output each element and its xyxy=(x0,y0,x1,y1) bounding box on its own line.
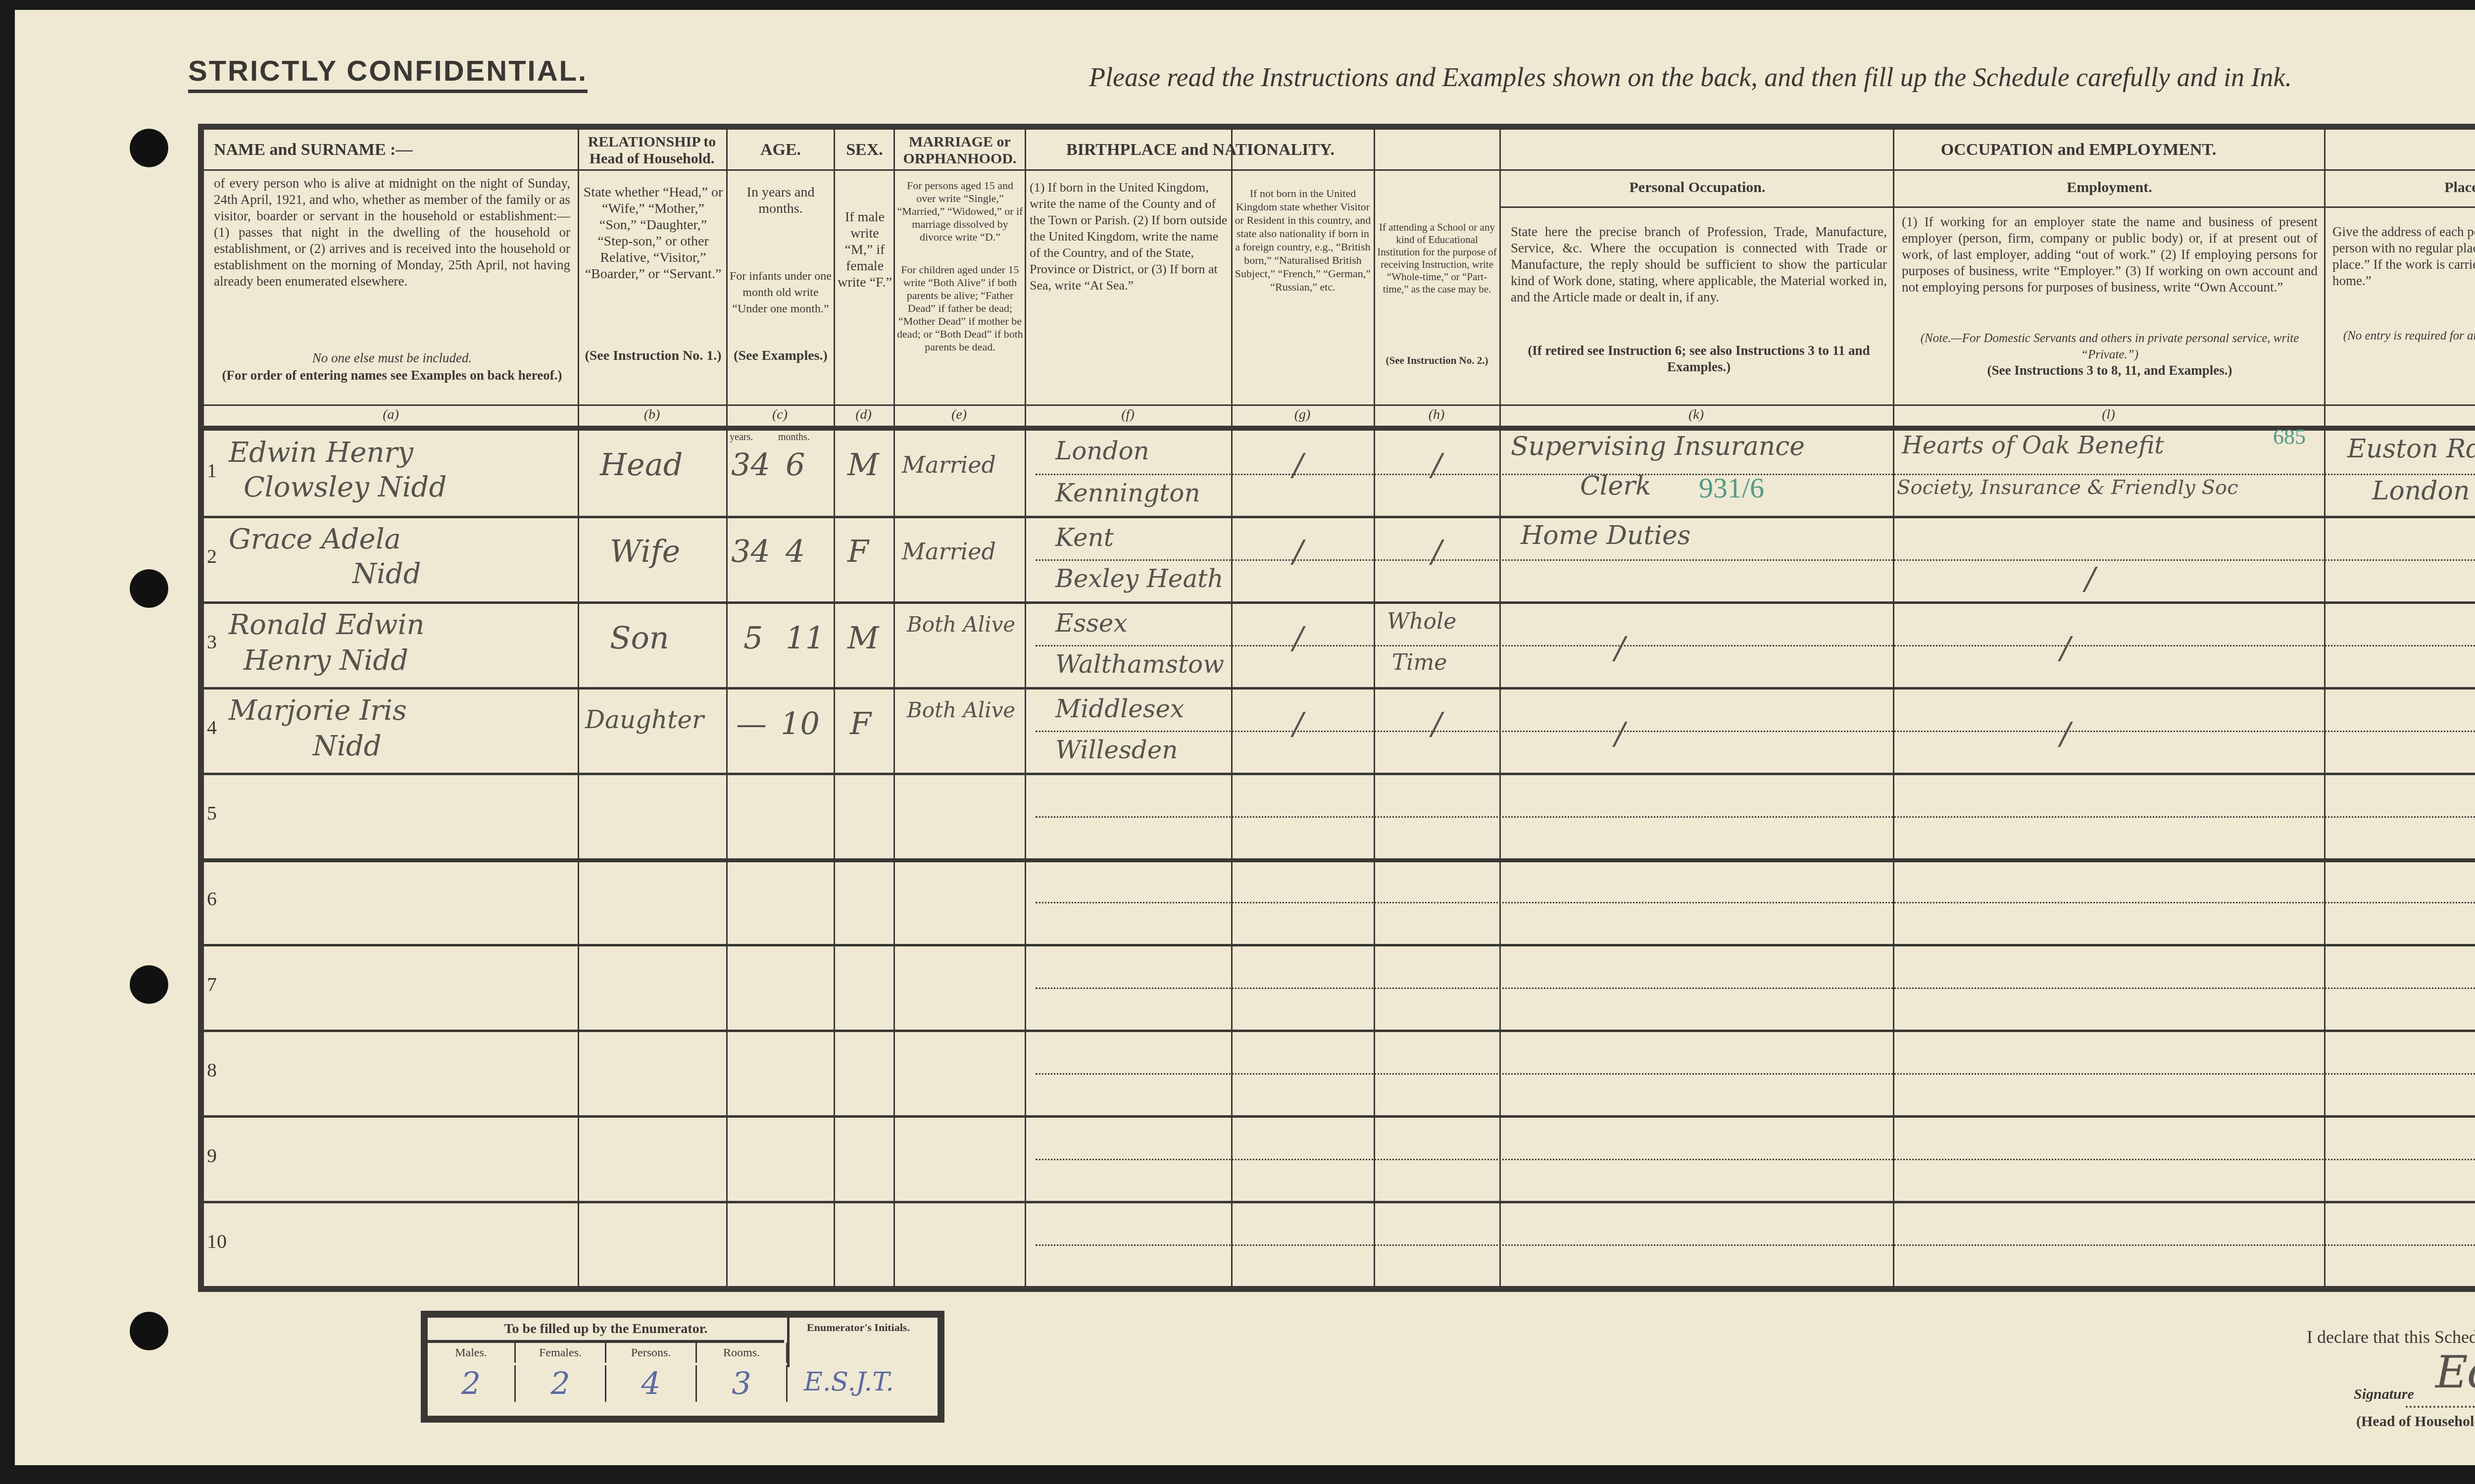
person-name[interactable]: Edwin Henry xyxy=(229,437,413,469)
person-surname[interactable]: Nidd xyxy=(352,558,421,590)
col-letter: (c) xyxy=(726,407,834,423)
age-years-value[interactable]: — xyxy=(736,705,767,742)
col-letter: (m) xyxy=(2324,407,2475,423)
col-letter: (d) xyxy=(834,407,893,423)
header-marriage: MARRIAGE or ORPHANHOOD. xyxy=(896,134,1024,167)
name-note: No one else must be included. xyxy=(214,350,570,366)
males-label: Males. xyxy=(428,1343,516,1363)
occupation-value[interactable]: / xyxy=(1615,715,1625,751)
rooms-label: Rooms. xyxy=(697,1343,788,1363)
header-employment: Employment. xyxy=(1895,179,2324,196)
age-infant-note: For infants under one month old write “U… xyxy=(730,268,832,317)
row-rule xyxy=(204,687,2475,690)
nationality-value[interactable]: / xyxy=(1293,705,1303,742)
age-years-value[interactable]: 34 xyxy=(731,533,770,569)
birthplace-county[interactable]: Middlesex xyxy=(1055,694,1184,723)
half-row-rule xyxy=(1036,645,2475,646)
rule xyxy=(204,404,2475,406)
col-letter: (a) xyxy=(204,407,578,423)
relationship-value[interactable]: Head xyxy=(600,446,683,483)
col-divider xyxy=(2324,130,2326,1286)
occupation-instructions: State here the precise branch of Profess… xyxy=(1511,224,1887,305)
signature-note: (Head of Household, Manager of Establish… xyxy=(2356,1413,2475,1430)
marriage-value[interactable]: Both Alive xyxy=(907,612,1016,637)
employer-value[interactable]: / xyxy=(2085,560,2095,596)
occupation-footer: (If retired see Instruction 6; see also … xyxy=(1511,343,1887,375)
col-letter: (l) xyxy=(1893,407,2324,423)
col-letter: (k) xyxy=(1499,407,1893,423)
half-row-rule xyxy=(1036,816,2475,818)
school-value[interactable]: / xyxy=(1432,533,1442,569)
employer-code: 685 xyxy=(2273,424,2306,449)
col-divider xyxy=(726,130,728,1286)
half-row-rule xyxy=(1036,731,2475,732)
row-rule xyxy=(204,1201,2475,1203)
persons-label: Persons. xyxy=(606,1343,697,1363)
age-years-value[interactable]: 34 xyxy=(731,446,770,483)
birthplace-town[interactable]: Walthamstow xyxy=(1055,650,1224,679)
enumerator-box-header: To be filled up by the Enumerator. xyxy=(428,1318,784,1343)
age-months-value[interactable]: 4 xyxy=(786,533,805,569)
occupation-value[interactable]: Supervising Insurance xyxy=(1511,432,1805,461)
page-title: STRICTLY CONFIDENTIAL. xyxy=(188,54,588,93)
col-divider xyxy=(1231,130,1233,1286)
enumerator-summary-box: To be filled up by the Enumerator. Enume… xyxy=(421,1311,944,1423)
col-divider xyxy=(578,130,579,1286)
rooms-count[interactable]: 3 xyxy=(697,1365,788,1402)
half-row-rule xyxy=(1036,1159,2475,1160)
nationality-instructions: If not born in the United Kingdom state … xyxy=(1234,187,1372,294)
employment-instructions: (1) If working for an employer state the… xyxy=(1902,214,2318,296)
age-months-value[interactable]: 10 xyxy=(781,705,820,742)
place-note: (No entry is required for any person who… xyxy=(2332,328,2475,360)
punch-hole xyxy=(130,129,168,167)
row-number: 9 xyxy=(207,1144,217,1167)
employment-footer: (See Instructions 3 to 8, 11, and Exampl… xyxy=(1902,362,2318,379)
person-surname[interactable]: Clowsley Nidd xyxy=(244,471,446,503)
census-form-table: NAME and SURNAME :— RELATIONSHIP to Head… xyxy=(198,124,2475,1292)
marriage-value[interactable]: Both Alive xyxy=(907,698,1016,722)
rule xyxy=(204,426,2475,431)
half-row-rule xyxy=(1036,902,2475,903)
rule xyxy=(204,169,2475,171)
age-years-subheader: years. xyxy=(730,432,753,443)
person-name[interactable]: Grace Adela xyxy=(229,523,401,555)
birthplace-town[interactable]: Bexley Heath xyxy=(1055,564,1224,593)
col-divider xyxy=(1893,130,1894,1286)
name-instructions: of every person who is alive at midnight… xyxy=(214,175,570,290)
employer-value[interactable]: / xyxy=(2060,630,2071,666)
sex-instructions: If male write “M,” if female write “F.” xyxy=(838,209,892,291)
birthplace-county[interactable]: London xyxy=(1055,437,1149,465)
school-value-2[interactable]: Time xyxy=(1392,650,1447,675)
col-letter: (f) xyxy=(1025,407,1231,423)
header-relationship: RELATIONSHIP to Head of Household. xyxy=(580,134,724,167)
person-surname[interactable]: Nidd xyxy=(313,730,382,762)
employer-value-2[interactable]: Society, Insurance & Friendly Soc xyxy=(1897,476,2238,499)
school-value[interactable]: / xyxy=(1432,705,1442,742)
sex-value[interactable]: M xyxy=(847,446,879,483)
age-months-subheader: months. xyxy=(778,432,810,443)
row-number: 3 xyxy=(207,630,217,653)
half-row-rule xyxy=(1036,988,2475,989)
col-divider xyxy=(893,130,895,1286)
birthplace-instructions: (1) If born in the United Kingdom, write… xyxy=(1030,179,1228,294)
occupation-value[interactable]: Home Duties xyxy=(1521,521,1690,550)
sex-value[interactable]: M xyxy=(847,620,879,656)
header-personal-occupation: Personal Occupation. xyxy=(1502,179,1893,196)
declaration-text: I declare that this Schedule is correctl… xyxy=(2307,1327,2475,1347)
col-letter: (e) xyxy=(893,407,1025,423)
row-number: 8 xyxy=(207,1058,217,1082)
occupation-value[interactable]: / xyxy=(1615,630,1625,666)
age-instructions: In years and months. xyxy=(730,184,832,217)
employment-note: (Note.—For Domestic Servants and others … xyxy=(1902,330,2318,363)
person-name[interactable]: Marjorie Iris xyxy=(229,694,407,727)
nationality-value[interactable]: / xyxy=(1293,620,1303,656)
relationship-value[interactable]: Son xyxy=(610,620,669,656)
row-rule xyxy=(204,1115,2475,1118)
occupation-value-2[interactable]: Clerk xyxy=(1580,471,1651,501)
person-name[interactable]: Ronald Edwin xyxy=(229,609,425,641)
row-number: 4 xyxy=(207,716,217,739)
age-months-value[interactable]: 11 xyxy=(786,620,825,656)
col-letter: (h) xyxy=(1374,407,1499,423)
relationship-value[interactable]: Wife xyxy=(610,533,680,569)
col-letter: (b) xyxy=(578,407,726,423)
half-row-rule xyxy=(1036,1244,2475,1246)
school-instructions: If attending a School or any kind of Edu… xyxy=(1376,221,1498,296)
col-divider xyxy=(1025,130,1026,1286)
place-instructions: Give the address of each person's place … xyxy=(2332,224,2475,289)
birthplace-county[interactable]: Kent xyxy=(1055,523,1114,552)
row-rule xyxy=(204,1030,2475,1032)
birthplace-town[interactable]: Willesden xyxy=(1055,736,1178,764)
employer-value[interactable]: Hearts of Oak Benefit xyxy=(1902,432,2164,459)
row-number: 7 xyxy=(207,973,217,996)
enumerator-initials-label: Enumerator's Initials. xyxy=(787,1318,927,1367)
row-number: 2 xyxy=(207,544,217,568)
row-rule xyxy=(204,858,2475,862)
header-occupation: OCCUPATION and EMPLOYMENT. xyxy=(1502,141,2475,159)
relationship-value[interactable]: Daughter xyxy=(585,705,704,734)
age-years-value[interactable]: 5 xyxy=(743,620,763,656)
signature-label: Signature xyxy=(2354,1386,2414,1403)
header-age: AGE. xyxy=(729,141,833,159)
age-months-value[interactable]: 6 xyxy=(786,446,805,483)
person-surname[interactable]: Henry Nidd xyxy=(244,644,408,677)
row-number: 1 xyxy=(207,459,217,482)
punch-hole xyxy=(130,1312,168,1350)
males-count[interactable]: 2 xyxy=(428,1365,516,1402)
birthplace-county[interactable]: Essex xyxy=(1055,609,1128,638)
age-footer: (See Examples.) xyxy=(730,347,832,364)
school-value[interactable]: Whole xyxy=(1387,609,1456,634)
relationship-instructions: State whether “Head,” or “Wife,” “Mother… xyxy=(583,184,724,282)
occupation-code: 931/6 xyxy=(1699,471,1764,504)
employer-value[interactable]: / xyxy=(2060,715,2071,751)
row-rule xyxy=(204,601,2475,604)
col-letter: (g) xyxy=(1231,407,1374,423)
females-label: Females. xyxy=(516,1343,606,1363)
signature-value[interactable]: Edwin H C Nidd xyxy=(2435,1346,2475,1398)
nationality-value[interactable]: / xyxy=(1293,533,1303,569)
header-place-of-work: Place of Work. xyxy=(2326,179,2475,196)
header-name: NAME and SURNAME :— xyxy=(214,141,570,159)
place-of-work-value[interactable]: Euston Rd xyxy=(2347,434,2475,464)
relationship-footer: (See Instruction No. 1.) xyxy=(583,347,724,364)
signature-line xyxy=(2406,1406,2475,1408)
header-sex: SEX. xyxy=(836,141,893,159)
school-footer: (See Instruction No. 2.) xyxy=(1376,352,1498,369)
orphanhood-instructions: For children aged under 15 write “Both A… xyxy=(897,263,1023,353)
row-rule xyxy=(204,944,2475,946)
enumerator-initials[interactable]: E.S.J.T. xyxy=(804,1367,894,1397)
punch-hole xyxy=(130,965,168,1004)
place-of-work-value-2[interactable]: London NW xyxy=(2372,476,2475,506)
marriage-instructions: For persons aged 15 and over write “Sing… xyxy=(897,179,1023,244)
half-row-rule xyxy=(1036,559,2475,561)
sex-value[interactable]: F xyxy=(850,705,871,742)
name-footer: (For order of entering names see Example… xyxy=(214,367,570,384)
col-divider xyxy=(1374,130,1375,1286)
sex-value[interactable]: F xyxy=(847,533,869,569)
marriage-value[interactable]: Married xyxy=(902,451,996,478)
row-number: 10 xyxy=(207,1230,227,1253)
header-birthplace: BIRTHPLACE and NATIONALITY. xyxy=(1027,141,1374,159)
col-divider xyxy=(834,130,835,1286)
nationality-value[interactable]: / xyxy=(1293,446,1303,483)
marriage-value[interactable]: Married xyxy=(902,538,996,565)
col-divider xyxy=(1499,130,1501,1286)
instruction-text: Please read the Instructions and Example… xyxy=(1089,62,2292,93)
row-number: 6 xyxy=(207,887,217,910)
row-number: 5 xyxy=(207,801,217,825)
rule xyxy=(1499,206,2475,208)
row-rule xyxy=(204,773,2475,775)
school-value[interactable]: / xyxy=(1432,446,1442,483)
half-row-rule xyxy=(1036,1073,2475,1075)
row-rule xyxy=(204,516,2475,518)
females-count[interactable]: 2 xyxy=(516,1365,606,1402)
birthplace-town[interactable]: Kennington xyxy=(1055,479,1200,507)
persons-count[interactable]: 4 xyxy=(606,1365,697,1402)
punch-hole xyxy=(130,569,168,608)
